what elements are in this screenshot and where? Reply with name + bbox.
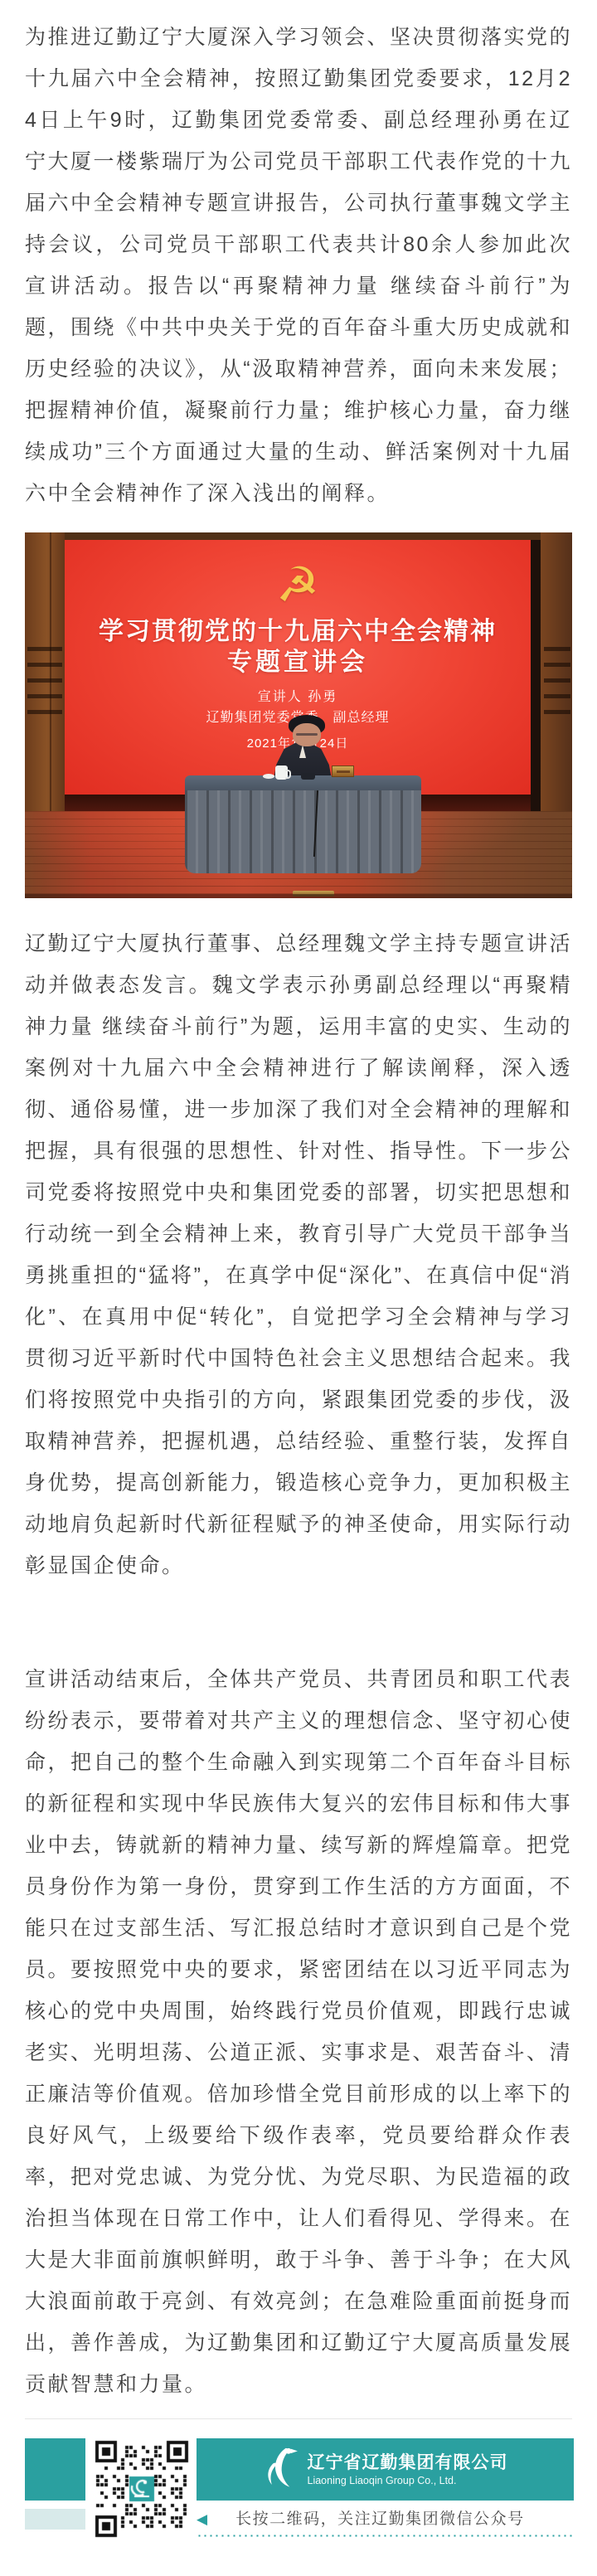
- left-triangle-icon: ◀: [197, 2511, 207, 2528]
- footer-light-teal-block: [25, 2509, 85, 2530]
- dotted-divider: [197, 2535, 574, 2537]
- slide-speaker: 宣讲人 孙勇: [65, 688, 531, 707]
- footer-banner: 辽宁省辽勤集团有限公司 Liaoning Liaoqin Group Co., …: [25, 2438, 572, 2540]
- footer-right-column: 辽宁省辽勤集团有限公司 Liaoning Liaoqin Group Co., …: [197, 2438, 574, 2537]
- article-paragraph-2: 辽勤辽宁大厦执行董事、总经理魏文学主持专题宣讲活动并做表态发言。魏文学表示孙勇副…: [25, 923, 572, 1587]
- company-name-cn: 辽宁省辽勤集团有限公司: [308, 2452, 508, 2474]
- tea-dish: [263, 774, 274, 779]
- wechat-qr-code[interactable]: [93, 2438, 191, 2540]
- company-name-en: Liaoning Liaoqin Group Co., Ltd.: [308, 2474, 508, 2487]
- article-page: 为推进辽勤辽宁大厦深入学习领会、坚决贯彻落实党的十九届六中全会精神，按照辽勤集团…: [0, 0, 597, 2576]
- phoenix-logo-icon: [263, 2446, 299, 2494]
- event-photo[interactable]: ☭ 学习贯彻党的十九届六中全会精神 专题宣讲会 宣讲人 孙勇 辽勤集团党委常委、…: [25, 532, 572, 898]
- photo-left-vent: [27, 647, 62, 718]
- qr-hint-text: 长按二维码，关注辽勤集团微信公众号: [235, 2510, 525, 2529]
- microphone: [301, 773, 315, 780]
- footer-left-column: [25, 2438, 85, 2530]
- qr-hint-row: ◀ 长按二维码，关注辽勤集团微信公众号: [197, 2510, 574, 2529]
- article-paragraph-3: 宣讲活动结束后，全体共产党员、共青团员和职工代表纷纷表示，要带着对共产主义的理想…: [25, 1659, 572, 2405]
- lecture-table-skirt: [185, 790, 421, 873]
- footer-teal-block: [25, 2438, 85, 2501]
- party-emblem-icon: ☭: [65, 558, 531, 613]
- name-card: [332, 766, 354, 777]
- photo-right-vent: [544, 647, 570, 718]
- article-paragraph-1: 为推进辽勤辽宁大厦深入学习领会、坚决贯彻落实党的十九届六中全会精神，按照辽勤集团…: [25, 17, 572, 514]
- teacup: [275, 766, 288, 780]
- company-name-block: 辽宁省辽勤集团有限公司 Liaoning Liaoqin Group Co., …: [308, 2452, 508, 2487]
- slide-title-line1: 学习贯彻党的十九届六中全会精神: [65, 616, 531, 648]
- slide-title-line2: 专题宣讲会: [65, 648, 531, 678]
- speaker-face: [293, 723, 321, 746]
- company-banner: 辽宁省辽勤集团有限公司 Liaoning Liaoqin Group Co., …: [197, 2438, 574, 2501]
- section-divider: [25, 2418, 572, 2419]
- photo-screen-bezel: [531, 540, 541, 815]
- stage-edge-line: [25, 894, 572, 898]
